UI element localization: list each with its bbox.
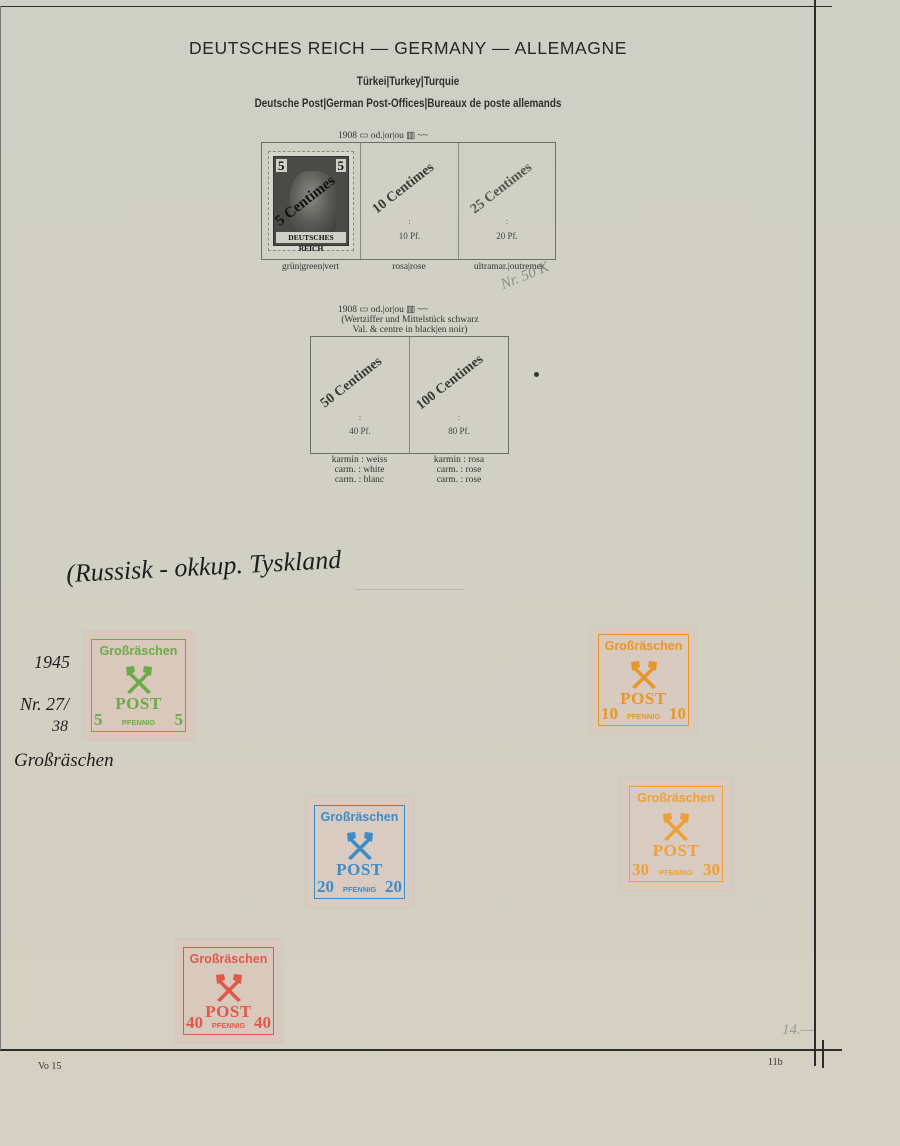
stamp-space-50c[interactable]: 50 Centimes : 40 Pf. [311, 337, 410, 453]
stamp-value-left: 5 [276, 159, 287, 172]
local-stamp-10pf[interactable]: Großräschen POST 10 PFENNIG 10 [590, 626, 697, 734]
space-colon: : [410, 413, 508, 422]
stamp-value-row: 5 PFENNIG 5 [94, 711, 183, 729]
stamp-frame: Großräschen POST 30 PFENNIG 30 [629, 786, 723, 882]
caption-line: karmin : weiss [310, 455, 409, 465]
hammer-and-pick-icon [627, 659, 661, 689]
handwritten-heading: (Russisk - okkup. Tyskland [65, 545, 342, 589]
stamp-value-right: 10 [669, 705, 686, 723]
hammer-and-pick-icon [659, 811, 693, 841]
caption-50c: karmin : weiss carm. : white carm. : bla… [310, 455, 409, 485]
caption-line: karmin : rosa [409, 455, 509, 465]
space-value: 80 Pf. [410, 426, 508, 436]
stamp-frame: Großräschen POST 5 PFENNIG 5 [91, 639, 186, 732]
stamp-town: Großräschen [630, 791, 722, 805]
stamp-unit: PFENNIG [627, 712, 660, 721]
set-a-header: 1908 ▭ od.|or|ou ▥ ~~ [338, 130, 428, 141]
stamp-value-right: 20 [385, 878, 402, 896]
stamp-unit: PFENNIG [343, 885, 376, 894]
stamp-space-5c[interactable]: 5 5 5 Centimes DEUTSCHES REICH [262, 143, 361, 259]
post-office-subtitle: Deutsche Post|German Post-Offices|Bureau… [57, 98, 759, 110]
handwritten-catalog-number: Nr. 27/ [20, 694, 69, 715]
space-overprint: 10 Centimes [370, 160, 438, 218]
local-stamp-30pf[interactable]: Großräschen POST 30 PFENNIG 30 [621, 778, 731, 890]
country-subtitle: Türkei|Turkey|Turquie [57, 76, 759, 88]
stamp-space-25c[interactable]: 25 Centimes : 20 Pf. [459, 143, 555, 259]
caption-line: carm. : blanc [310, 475, 409, 485]
stamp-unit: PFENNIG [212, 1021, 245, 1030]
set-a-frame: 5 5 5 Centimes DEUTSCHES REICH 10 Centim… [261, 142, 556, 260]
pencil-price: 14.— [782, 1022, 814, 1039]
local-stamp-40pf[interactable]: Großräschen POST 40 PFENNIG 40 [175, 939, 282, 1043]
space-overprint: 100 Centimes [414, 352, 487, 414]
space-overprint: 25 Centimes [468, 160, 536, 218]
stamp-town: Großräschen [184, 952, 273, 966]
stamp-space-10c[interactable]: 10 Centimes : 10 Pf. [361, 143, 459, 259]
hammer-and-pick-icon [122, 664, 156, 694]
bottom-border-rule [0, 1049, 842, 1051]
germania-stamp[interactable]: 5 5 5 Centimes DEUTSCHES REICH [268, 151, 354, 251]
set-b-note-en-fr: Val. & centre in black|en noir) [300, 325, 520, 335]
caption-rose: rosa|rose [360, 262, 458, 272]
stamp-value-row: 30 PFENNIG 30 [632, 861, 720, 879]
space-value: 40 Pf. [311, 426, 409, 436]
pencil-underline [355, 589, 465, 590]
hammer-and-pick-icon [212, 972, 246, 1002]
space-colon: : [361, 217, 458, 226]
handwritten-year: 1945 [34, 652, 70, 673]
local-stamp-5pf[interactable]: Großräschen POST 5 PFENNIG 5 [83, 631, 194, 740]
stamp-value-left: 20 [317, 878, 334, 896]
caption-line: carm. : rose [409, 475, 509, 485]
space-colon: : [311, 413, 409, 422]
handwritten-catalog-number-2: 38 [52, 718, 68, 736]
space-overprint: 50 Centimes [318, 354, 386, 412]
stamp-unit: PFENNIG [122, 718, 155, 727]
footer-page-number: 11b [768, 1057, 783, 1068]
set-b-header: 1908 ▭ od.|or|ou ▥ ~~ [338, 304, 428, 315]
stamp-value-right: 40 [254, 1014, 271, 1032]
local-stamp-20pf[interactable]: Großräschen POST 20 PFENNIG 20 [306, 797, 413, 907]
caption-line: carm. : white [310, 465, 409, 475]
stamp-unit: PFENNIG [659, 868, 692, 877]
caption-line: carm. : rose [409, 465, 509, 475]
footer-left-code: Vo 15 [38, 1061, 61, 1072]
stamp-frame: Großräschen POST 40 PFENNIG 40 [183, 947, 274, 1035]
dot-mark [534, 372, 539, 377]
stamp-space-100c[interactable]: 100 Centimes : 80 Pf. [410, 337, 508, 453]
stamp-town: Großräschen [599, 639, 688, 653]
top-border-rule [0, 6, 832, 7]
stamp-value-left: 40 [186, 1014, 203, 1032]
stamp-value-right: 5 [336, 159, 347, 172]
stamp-town: Großräschen [92, 644, 185, 658]
stamp-value-row: 10 PFENNIG 10 [601, 705, 686, 723]
stamp-value-left: 30 [632, 861, 649, 879]
space-value: 20 Pf. [459, 231, 555, 241]
space-colon: : [459, 217, 555, 226]
set-b-note-de: (Wertziffer und Mittelstück schwarz [300, 315, 520, 325]
stamp-inscription: DEUTSCHES REICH [276, 232, 346, 243]
stamp-design: 5 5 5 Centimes DEUTSCHES REICH [273, 156, 349, 246]
stamp-value-right: 30 [703, 861, 720, 879]
page-title: DEUTSCHES REICH — GERMANY — ALLEMAGNE [0, 38, 816, 59]
stamp-value-right: 5 [175, 711, 184, 729]
right-border-rule [814, 0, 816, 1066]
stamp-town: Großräschen [315, 810, 404, 824]
caption-100c: karmin : rosa carm. : rose carm. : rose [409, 455, 509, 485]
caption-green: grün|green|vert [261, 262, 360, 272]
stamp-value-row: 40 PFENNIG 40 [186, 1014, 271, 1032]
space-value: 10 Pf. [361, 231, 458, 241]
stamp-value-left: 5 [94, 711, 103, 729]
hammer-and-pick-icon [343, 830, 377, 860]
handwritten-city: Großräschen [14, 750, 114, 772]
stamp-frame: Großräschen POST 10 PFENNIG 10 [598, 634, 689, 726]
set-b-frame: 50 Centimes : 40 Pf. 100 Centimes : 80 P… [310, 336, 509, 454]
left-border-rule [0, 6, 1, 1050]
right-corner-tick [822, 1040, 824, 1068]
stamp-value-left: 10 [601, 705, 618, 723]
stamp-value-row: 20 PFENNIG 20 [317, 878, 402, 896]
stamp-post-label: POST [630, 841, 722, 861]
stamp-frame: Großräschen POST 20 PFENNIG 20 [314, 805, 405, 899]
